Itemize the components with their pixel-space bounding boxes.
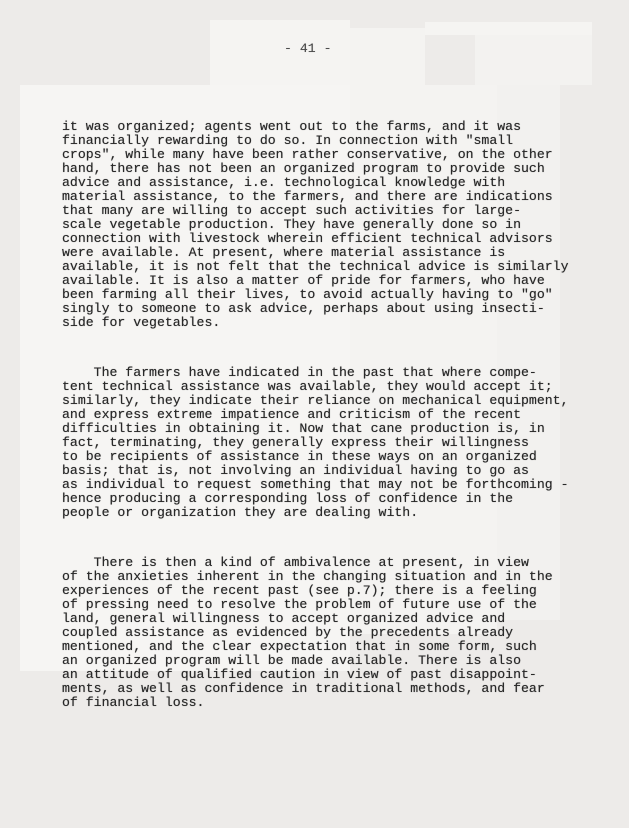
scan-artifact-top-right (475, 35, 592, 85)
page-number: - 41 - (284, 42, 331, 56)
scanned-document-page: - 41 - it was organized; agents went out… (0, 0, 629, 828)
paragraph-3: There is then a kind of ambivalence at p… (62, 556, 568, 710)
document-body: it was organized; agents went out to the… (62, 92, 568, 746)
scan-artifact-top-mid (350, 28, 425, 85)
scan-artifact-top-band (425, 22, 592, 35)
paragraph-1: it was organized; agents went out to the… (62, 120, 568, 330)
paragraph-2: The farmers have indicated in the past t… (62, 366, 568, 520)
